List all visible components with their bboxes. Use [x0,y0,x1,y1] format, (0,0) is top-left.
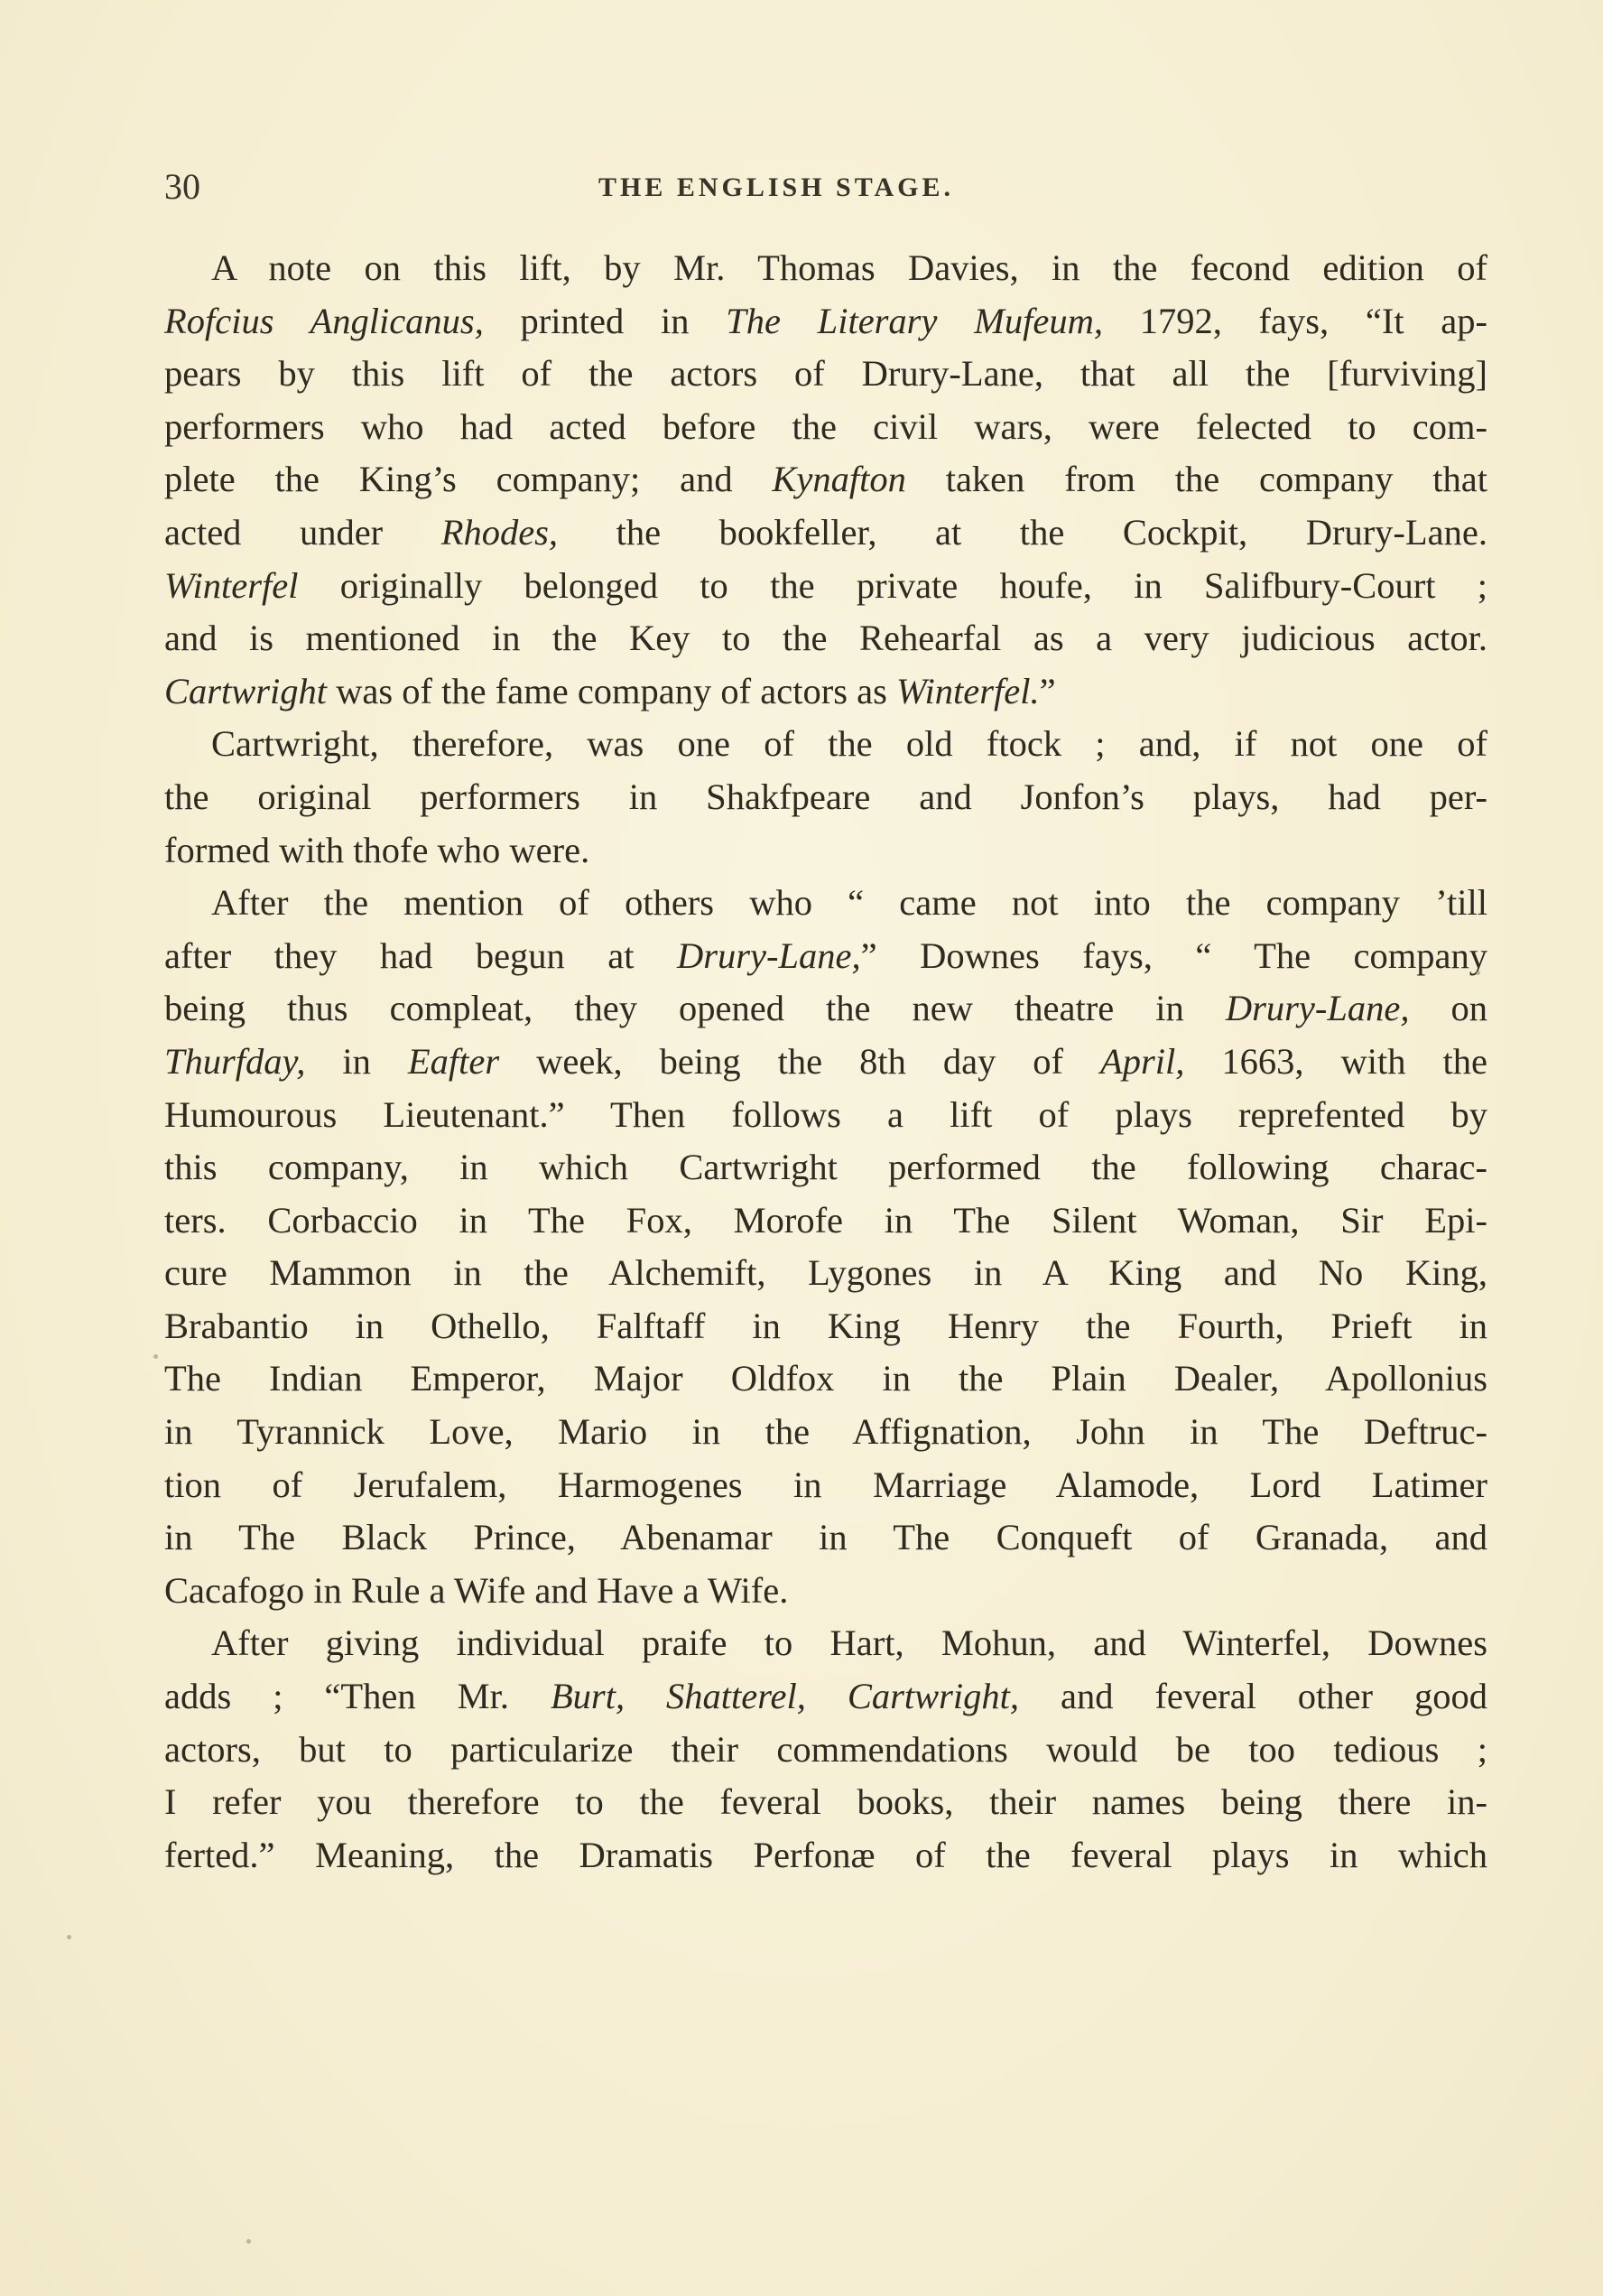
text-line: Cartwright, therefore, was one of the ol… [164,718,1487,771]
text-line: adds ; “Then Mr. Burt, Shatterel, Cartwr… [164,1670,1487,1724]
text-line: Thurfday, in Eafter week, being the 8th … [164,1036,1487,1089]
italic-text: Winterfel. [896,671,1040,711]
text-segment: formed with thofe who were. [164,830,589,870]
text-segment: After giving individual praife to Hart, … [211,1622,1487,1663]
text-segment: this company, in which Cartwright perfor… [164,1147,1487,1187]
text-line: after they had begun at Drury-Lane,” Dow… [164,930,1487,983]
text-line: cure Mammon in the Alchemift, Lygones in… [164,1247,1487,1300]
text-line: Rofcius Anglicanus, printed in The Liter… [164,295,1487,349]
text-line: formed with thofe who were. [164,824,1487,878]
text-segment: 1663, with the [1184,1041,1487,1082]
text-line: After the mention of others who “ came n… [164,877,1487,930]
text-line: Brabantio in Othello, Falftaff in King H… [164,1300,1487,1353]
italic-text: Rhodes, [441,512,558,553]
text-segment: Cacafogo in Rule a Wife and Have a Wife. [164,1570,788,1611]
text-segment: in Tyrannick Love, Mario in the Affignat… [164,1411,1487,1452]
text-line: in The Black Prince, Abenamar in The Con… [164,1511,1487,1565]
text-line: Cartwright was of the fame company of ac… [164,665,1487,719]
text-segment: in The Black Prince, Abenamar in The Con… [164,1517,1487,1557]
text-line: After giving individual praife to Hart, … [164,1617,1487,1670]
text-segment: being thus compleat, they opened the new… [164,988,1226,1028]
text-segment: pears by this lift of the actors of Drur… [164,353,1487,394]
text-segment: ferted.” Meaning, the Dramatis Perfonæ o… [164,1835,1487,1875]
italic-text: Drury-Lane, [1226,988,1410,1028]
text-segment: and is mentioned in the Key to the Rehea… [164,618,1487,658]
text-segment: after they had begun at [164,935,677,976]
body-text: A note on this lift, by Mr. Thomas Davie… [164,242,1487,1882]
text-line: pears by this lift of the actors of Drur… [164,348,1487,401]
text-segment: taken from the company that [906,459,1487,499]
italic-text: April, [1100,1041,1184,1082]
text-segment: in [305,1041,407,1082]
text-segment: 1792, fays, “It ap- [1103,301,1487,341]
book-page: 30 THE ENGLISH STAGE. A note on this lif… [0,0,1603,2296]
text-segment: Brabantio in Othello, Falftaff in King H… [164,1306,1487,1346]
text-segment: performers who had acted before the civi… [164,406,1487,447]
text-segment: The Indian Emperor, Major Oldfox in the … [164,1358,1487,1399]
text-segment: on [1409,988,1487,1028]
italic-text: Thurfday, [164,1041,305,1082]
italic-text: Eafter [408,1041,499,1082]
italic-text: Drury-Lane, [677,935,861,976]
text-line: acted under Rhodes, the bookfeller, at t… [164,507,1487,560]
text-segment: originally belonged to the private houfe… [298,565,1487,606]
text-segment: I refer you therefore to the feveral boo… [164,1781,1487,1822]
text-segment: the bookfeller, at the Cockpit, Drury-La… [558,512,1487,553]
text-segment: and feveral other good [1019,1676,1487,1716]
text-line: the original performers in Shakfpeare an… [164,771,1487,824]
text-line: plete the King’s company; and Kynafton t… [164,453,1487,507]
running-title: THE ENGLISH STAGE. [164,168,1487,208]
text-line: Winterfel originally belonged to the pri… [164,560,1487,613]
text-segment: ” [1040,671,1056,711]
text-segment: the original performers in Shakfpeare an… [164,776,1487,817]
text-segment: adds ; “Then Mr. [164,1676,551,1716]
text-segment: ters. Corbaccio in The Fox, Morofe in Th… [164,1200,1487,1241]
running-head: 30 THE ENGLISH STAGE. [164,164,1487,209]
text-segment: ” Downes fays, “ The company [861,935,1487,976]
text-segment: was of the fame company of actors as [327,671,896,711]
text-segment: actors, but to particularize their comme… [164,1729,1487,1770]
italic-text: Rofcius Anglicanus, [164,301,484,341]
text-line: being thus compleat, they opened the new… [164,982,1487,1036]
text-segment: A note on this lift, by Mr. Thomas Davie… [211,247,1487,288]
italic-text: The Literary Mufeum, [726,301,1103,341]
text-segment: plete the King’s company; and [164,459,772,499]
text-segment: printed in [484,301,726,341]
italic-text: Cartwright [164,671,327,711]
text-segment: tion of Jerufalem, Harmogenes in Marriag… [164,1464,1487,1505]
text-line: and is mentioned in the Key to the Rehea… [164,612,1487,665]
text-line: ferted.” Meaning, the Dramatis Perfonæ o… [164,1829,1487,1882]
text-segment: acted under [164,512,441,553]
text-segment: Humourous Lieutenant.” Then follows a li… [164,1094,1487,1135]
text-line: The Indian Emperor, Major Oldfox in the … [164,1353,1487,1406]
text-line: ters. Corbaccio in The Fox, Morofe in Th… [164,1194,1487,1248]
text-segment: Cartwright, therefore, was one of the ol… [211,723,1487,764]
text-line: this company, in which Cartwright perfor… [164,1141,1487,1194]
text-line: tion of Jerufalem, Harmogenes in Marriag… [164,1459,1487,1512]
text-segment: After the mention of others who “ came n… [211,882,1487,923]
text-line: I refer you therefore to the feveral boo… [164,1776,1487,1829]
text-line: A note on this lift, by Mr. Thomas Davie… [164,242,1487,295]
text-line: in Tyrannick Love, Mario in the Affignat… [164,1406,1487,1459]
text-line: performers who had acted before the civi… [164,401,1487,454]
italic-text: Burt, Shatterel, Cartwright, [551,1676,1019,1716]
text-segment: cure Mammon in the Alchemift, Lygones in… [164,1252,1487,1293]
text-segment: week, being the 8th day of [499,1041,1100,1082]
text-line: Cacafogo in Rule a Wife and Have a Wife. [164,1565,1487,1618]
text-line: Humourous Lieutenant.” Then follows a li… [164,1089,1487,1142]
italic-text: Winterfel [164,565,298,606]
italic-text: Kynafton [772,459,906,499]
text-line: actors, but to particularize their comme… [164,1724,1487,1777]
